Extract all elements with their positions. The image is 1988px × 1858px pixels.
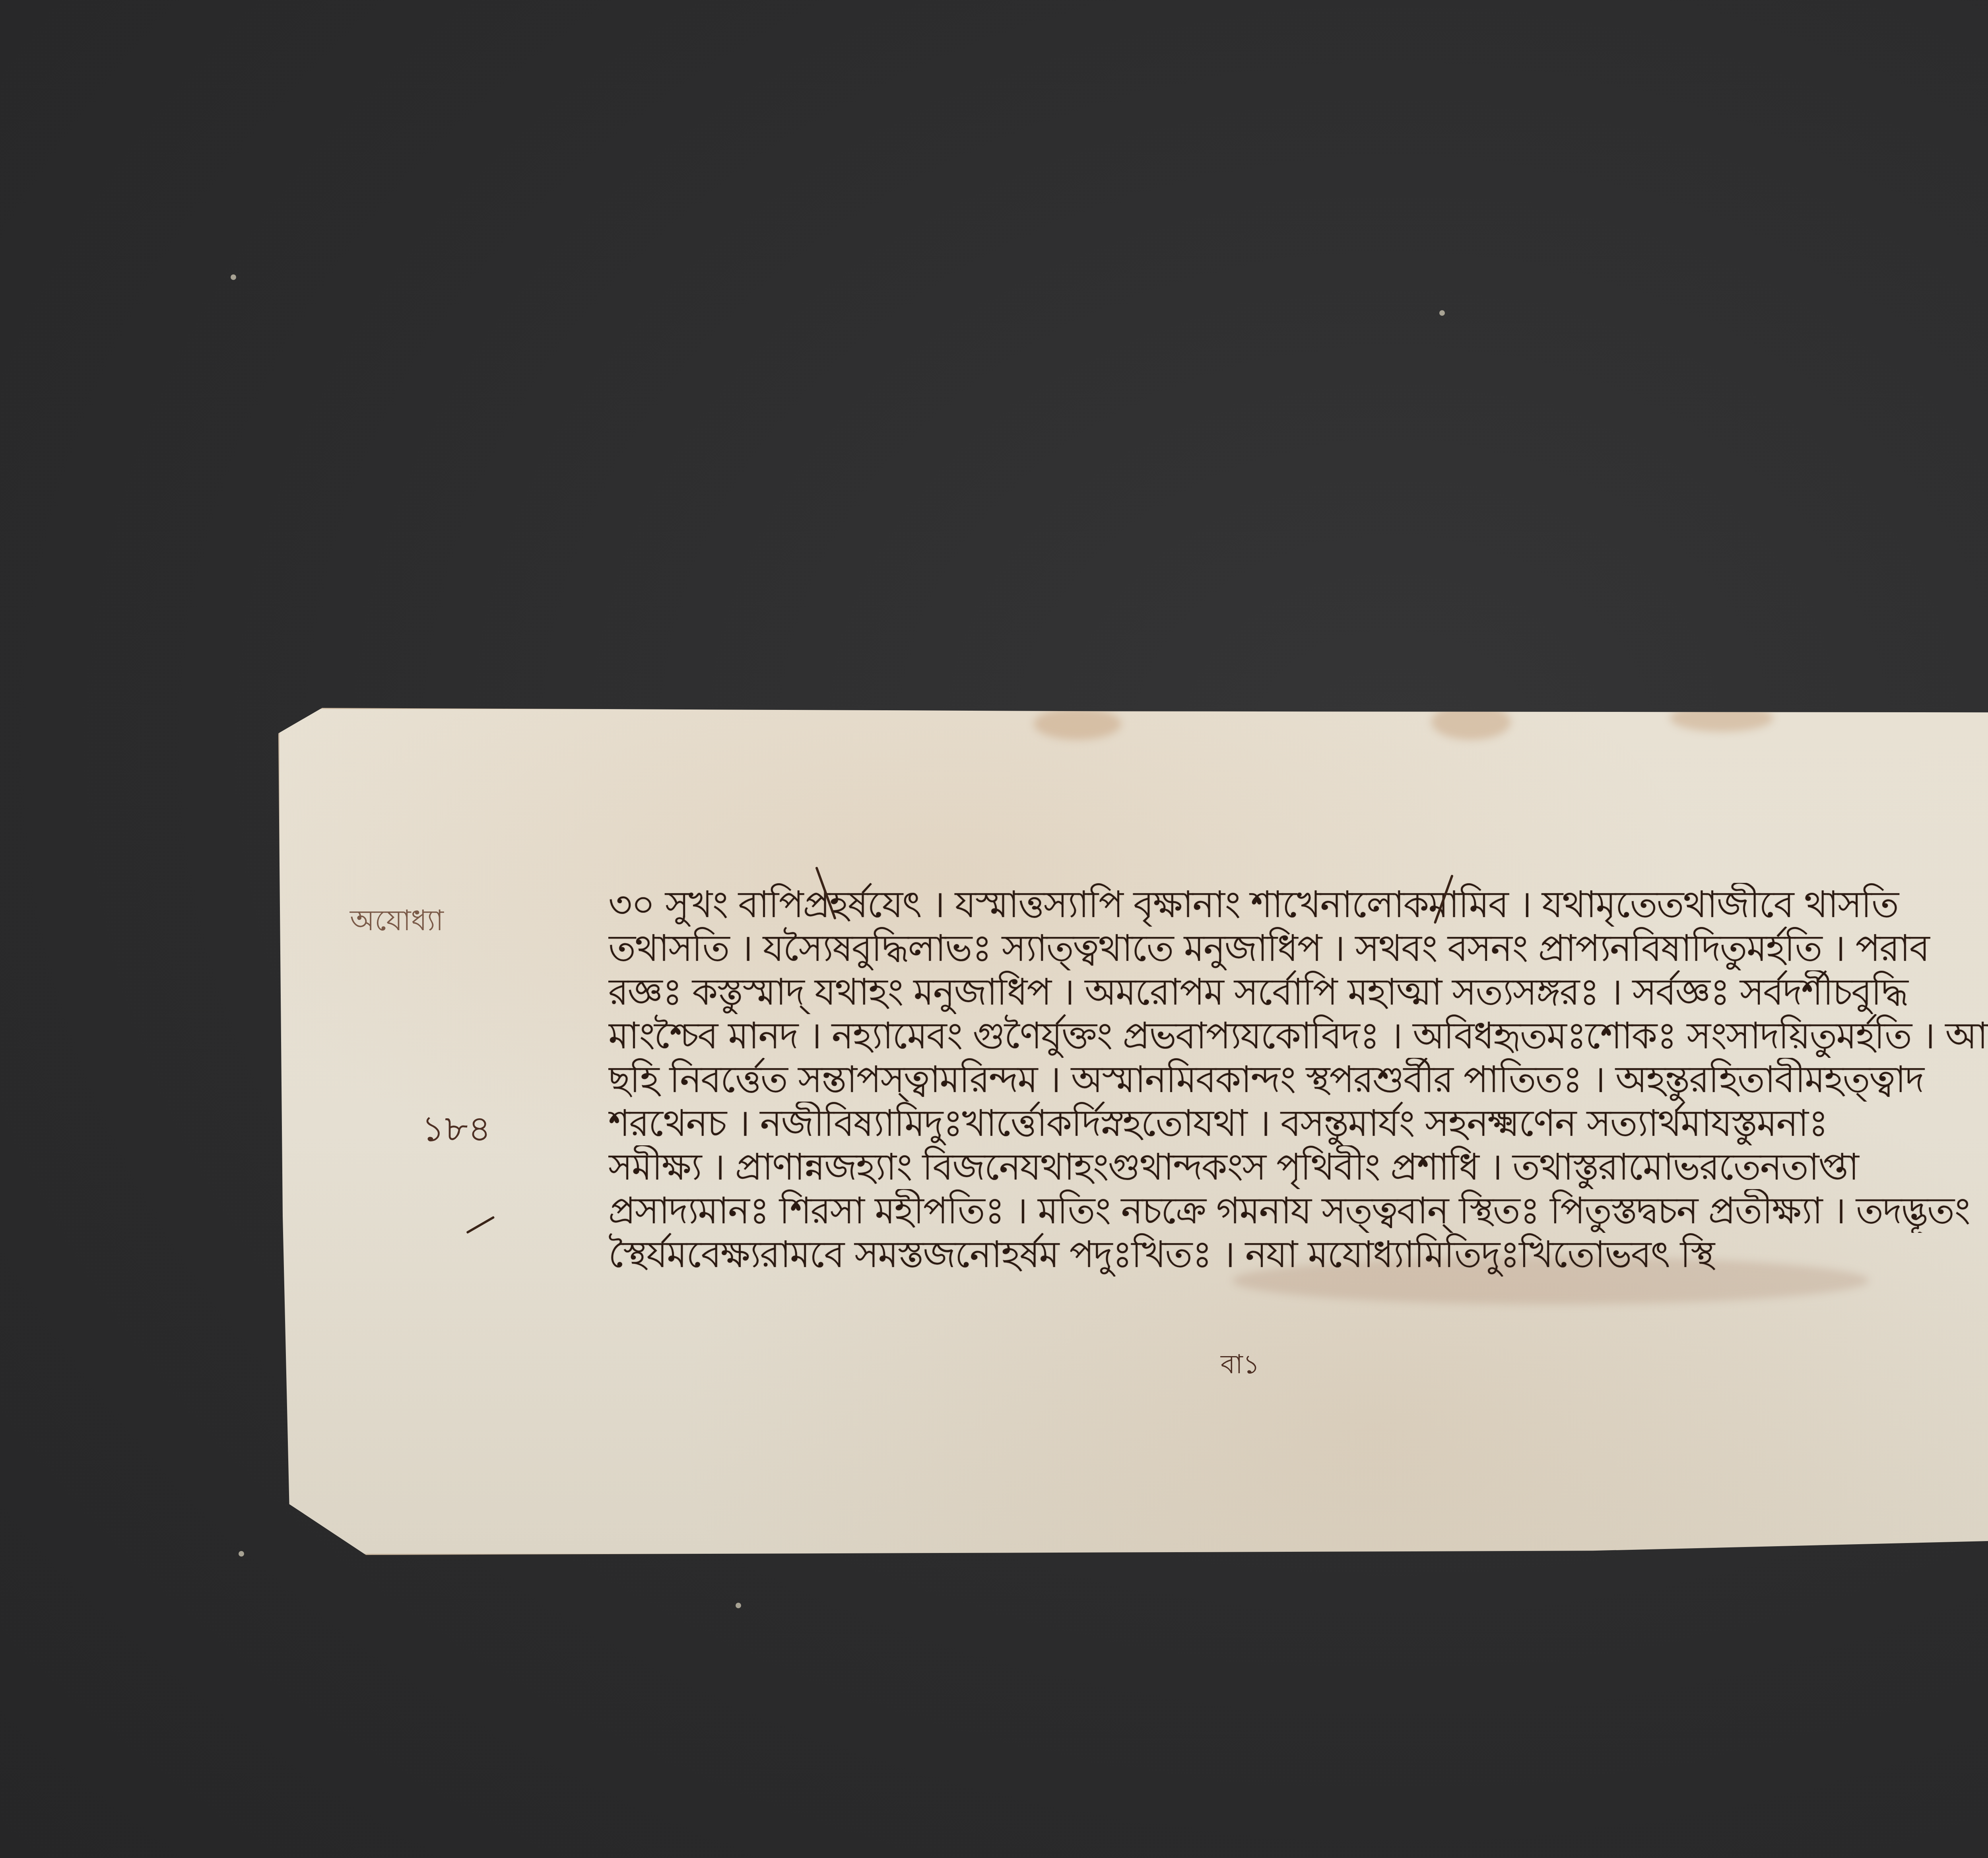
dust-speck [231, 274, 236, 280]
text-line: ৩০ সুখং বাপিপ্রহর্ষযেৎ । যস্মাত্তস্যাপি … [608, 883, 1988, 927]
text-line: প্রসাদ্যমানঃ শিরসা মহীপতিঃ । মতিং নচক্রে… [608, 1189, 1988, 1233]
text-line: স্থৈর্যমবেক্ষ্যরামবে সমস্তজনোহর্ষম পদুঃখ… [608, 1233, 1988, 1277]
dust-speck [239, 1551, 244, 1557]
text-line: শরথেনচ । নজীবিষ্যামিদুঃখার্ত্তোকর্দিস্নহ… [608, 1102, 1988, 1145]
stain [1034, 708, 1121, 740]
text-line: মাংশ্চৈব মানদ । নহ্যামেবং গুণৈর্যুক্তং প… [608, 1014, 1988, 1058]
text-line: তথাসতি । যস্যৈষবুদ্ধিলাভঃ স্যাত্ত্বথাতে … [608, 927, 1988, 970]
text-line: সমীক্ষ্য । প্রাণান্নজহ্যাং বিজনেযথাহংগুথ… [608, 1145, 1988, 1189]
manuscript-text: ৩০ সুখং বাপিপ্রহর্ষযেৎ । যস্মাত্তস্যাপি … [608, 883, 1988, 1277]
left-folio-number: ১৮৪ [421, 1102, 491, 1161]
text-line: ছহি নিবর্ত্তেত সন্তাপস্ত্বামরিন্দম । অস্… [608, 1058, 1988, 1102]
dust-speck [1439, 310, 1445, 316]
marginal-correction-bottom: বা১ [1221, 1344, 1260, 1388]
dust-speck [736, 1603, 741, 1608]
text-line: রজ্ঞঃ কস্তুস্মাদ্ যথাহং মনুজাধিপ । অমরোপ… [608, 970, 1988, 1014]
margin-title: অযোধ্যা [350, 899, 444, 946]
